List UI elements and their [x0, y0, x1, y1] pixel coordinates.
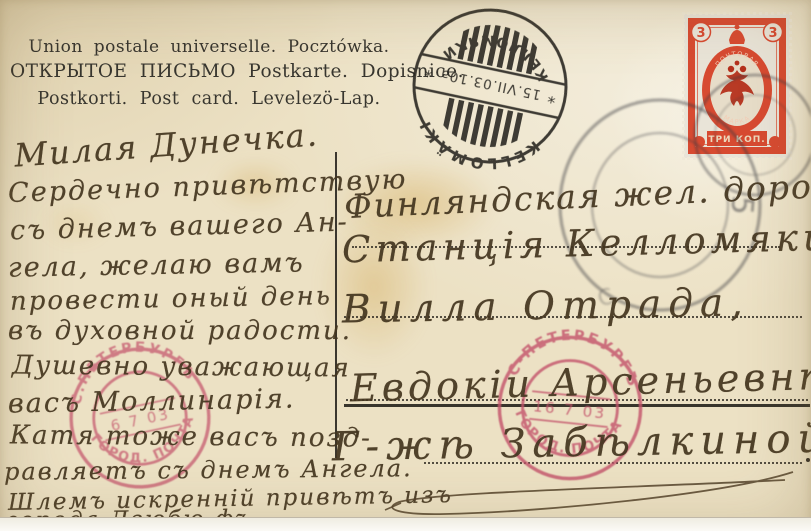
address-line-3: Вилла Отрада,	[342, 280, 750, 332]
scan-edge	[0, 517, 811, 531]
postcard-scan: Union postale universelle. Pocztówka. ОТ…	[0, 0, 811, 531]
message-line-3: съ днемъ вашего Ан-	[10, 207, 349, 247]
header-line-3: Postkorti. Post card. Levelezö-Lap.	[10, 89, 408, 109]
header-line-2: ОТКРЫТОЕ ПИСЬМО Postkarte. Dopisnice.	[10, 61, 408, 82]
stamp-denomination: 3	[696, 26, 705, 41]
center-divider-line	[335, 152, 337, 458]
message-line-1: Милая Дунечка.	[13, 115, 320, 174]
stamp-denomination: 3	[768, 26, 777, 41]
address-line-4: Евдокіи Арсеньевнѣ	[350, 354, 811, 411]
message-line-6: въ духовной радости.	[8, 316, 352, 346]
message-line-8: васъ Моллинарія.	[8, 383, 296, 419]
header-line-1: Union postale universelle. Pocztówka.	[10, 37, 408, 57]
postmark-star: *	[423, 61, 435, 81]
message-line-9: Катя тоже васъ позд-	[10, 420, 372, 453]
message-line-4: гела, желаю вамъ	[8, 247, 305, 283]
message-line-5: провести оный день	[10, 281, 332, 317]
message-line-7: Душевно уважающая	[12, 351, 351, 384]
